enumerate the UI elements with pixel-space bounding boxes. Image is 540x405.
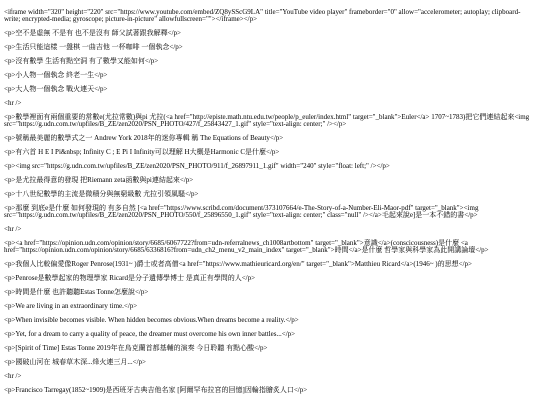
source-line-hr: <hr /> bbox=[4, 100, 536, 107]
source-line: <p>Francisco Tarregay(1852~1909)是西班牙古典吉他… bbox=[4, 387, 536, 394]
source-line-scribd-link: <p>那麼 到底e是什麼 如何發現的 有多自然 [<a href="https:… bbox=[4, 205, 536, 219]
source-line: <p>號稱最美麗的數學式之一 Andrew York 2018年的迷你專輯 稱 … bbox=[4, 135, 536, 142]
source-line: <p>[Spirit of Time] Estas Tonne 2019年在烏克… bbox=[4, 345, 536, 352]
source-line: <p>空不是虛無 不是有 也不是沒有 師父試著跟我解釋</p> bbox=[4, 30, 536, 37]
source-line: <p>沒有數學 生活有點空洞 有了數學又能如何</p> bbox=[4, 58, 536, 65]
source-line: <p>大人物一個執念 戰火連天</p> bbox=[4, 86, 536, 93]
source-line-hr: <hr /> bbox=[4, 226, 536, 233]
source-line: <p>有六首 H E I Pi&nbsp; Infinity C ; E Pi … bbox=[4, 149, 536, 156]
source-line-udn-links: <p><a href="https://opinion.udn.com/opin… bbox=[4, 240, 536, 254]
source-line-ricard-link: <p>我個人比較偏愛像Roger Penrose(1931~ )爵士或者高僧<a… bbox=[4, 261, 536, 268]
source-line-img: <p><img src="https://g.udn.com.tw/upfile… bbox=[4, 163, 536, 170]
source-line: <p>生活只能這樣 一盤棋 一曲吉他 一杯咖啡 一個執念</p> bbox=[4, 44, 536, 51]
source-line: <p>When invisible becomes visible. When … bbox=[4, 317, 536, 324]
source-line: <p>十八世紀數學的主流是微積分與無窮級數 尤拉引領風騷</p> bbox=[4, 191, 536, 198]
source-line: <p>小人物一個執念 終老一生</p> bbox=[4, 72, 536, 79]
escaped-html-source-view: <iframe width="320" height="220" src="ht… bbox=[4, 2, 536, 401]
source-line: <p>We are living in an extraordinary tim… bbox=[4, 303, 536, 310]
source-line: <p>Yet, for a dream to carry a quality o… bbox=[4, 331, 536, 338]
source-line-euler-link: <p>數學裡面有兩個重要的常數e(尤拉常數)與pi 尤拉(<a href="ht… bbox=[4, 114, 536, 128]
source-line-hr: <hr /> bbox=[4, 373, 536, 380]
source-line: <p>是尤拉最得意的發現 把Riemann zeta函數與pi連結起來</p> bbox=[4, 177, 536, 184]
source-line: <p>國破山河在 城春草木深...烽火連三月...</p> bbox=[4, 359, 536, 366]
source-line: <p>時間是什麼 也許聽聽Estas Tonne怎麼說</p> bbox=[4, 289, 536, 296]
source-line: <p>Penrose是數學起家的物理學家 Ricard是分子遺傳學博士 是真正有… bbox=[4, 275, 536, 282]
source-line-iframe: <iframe width="320" height="220" src="ht… bbox=[4, 9, 536, 23]
